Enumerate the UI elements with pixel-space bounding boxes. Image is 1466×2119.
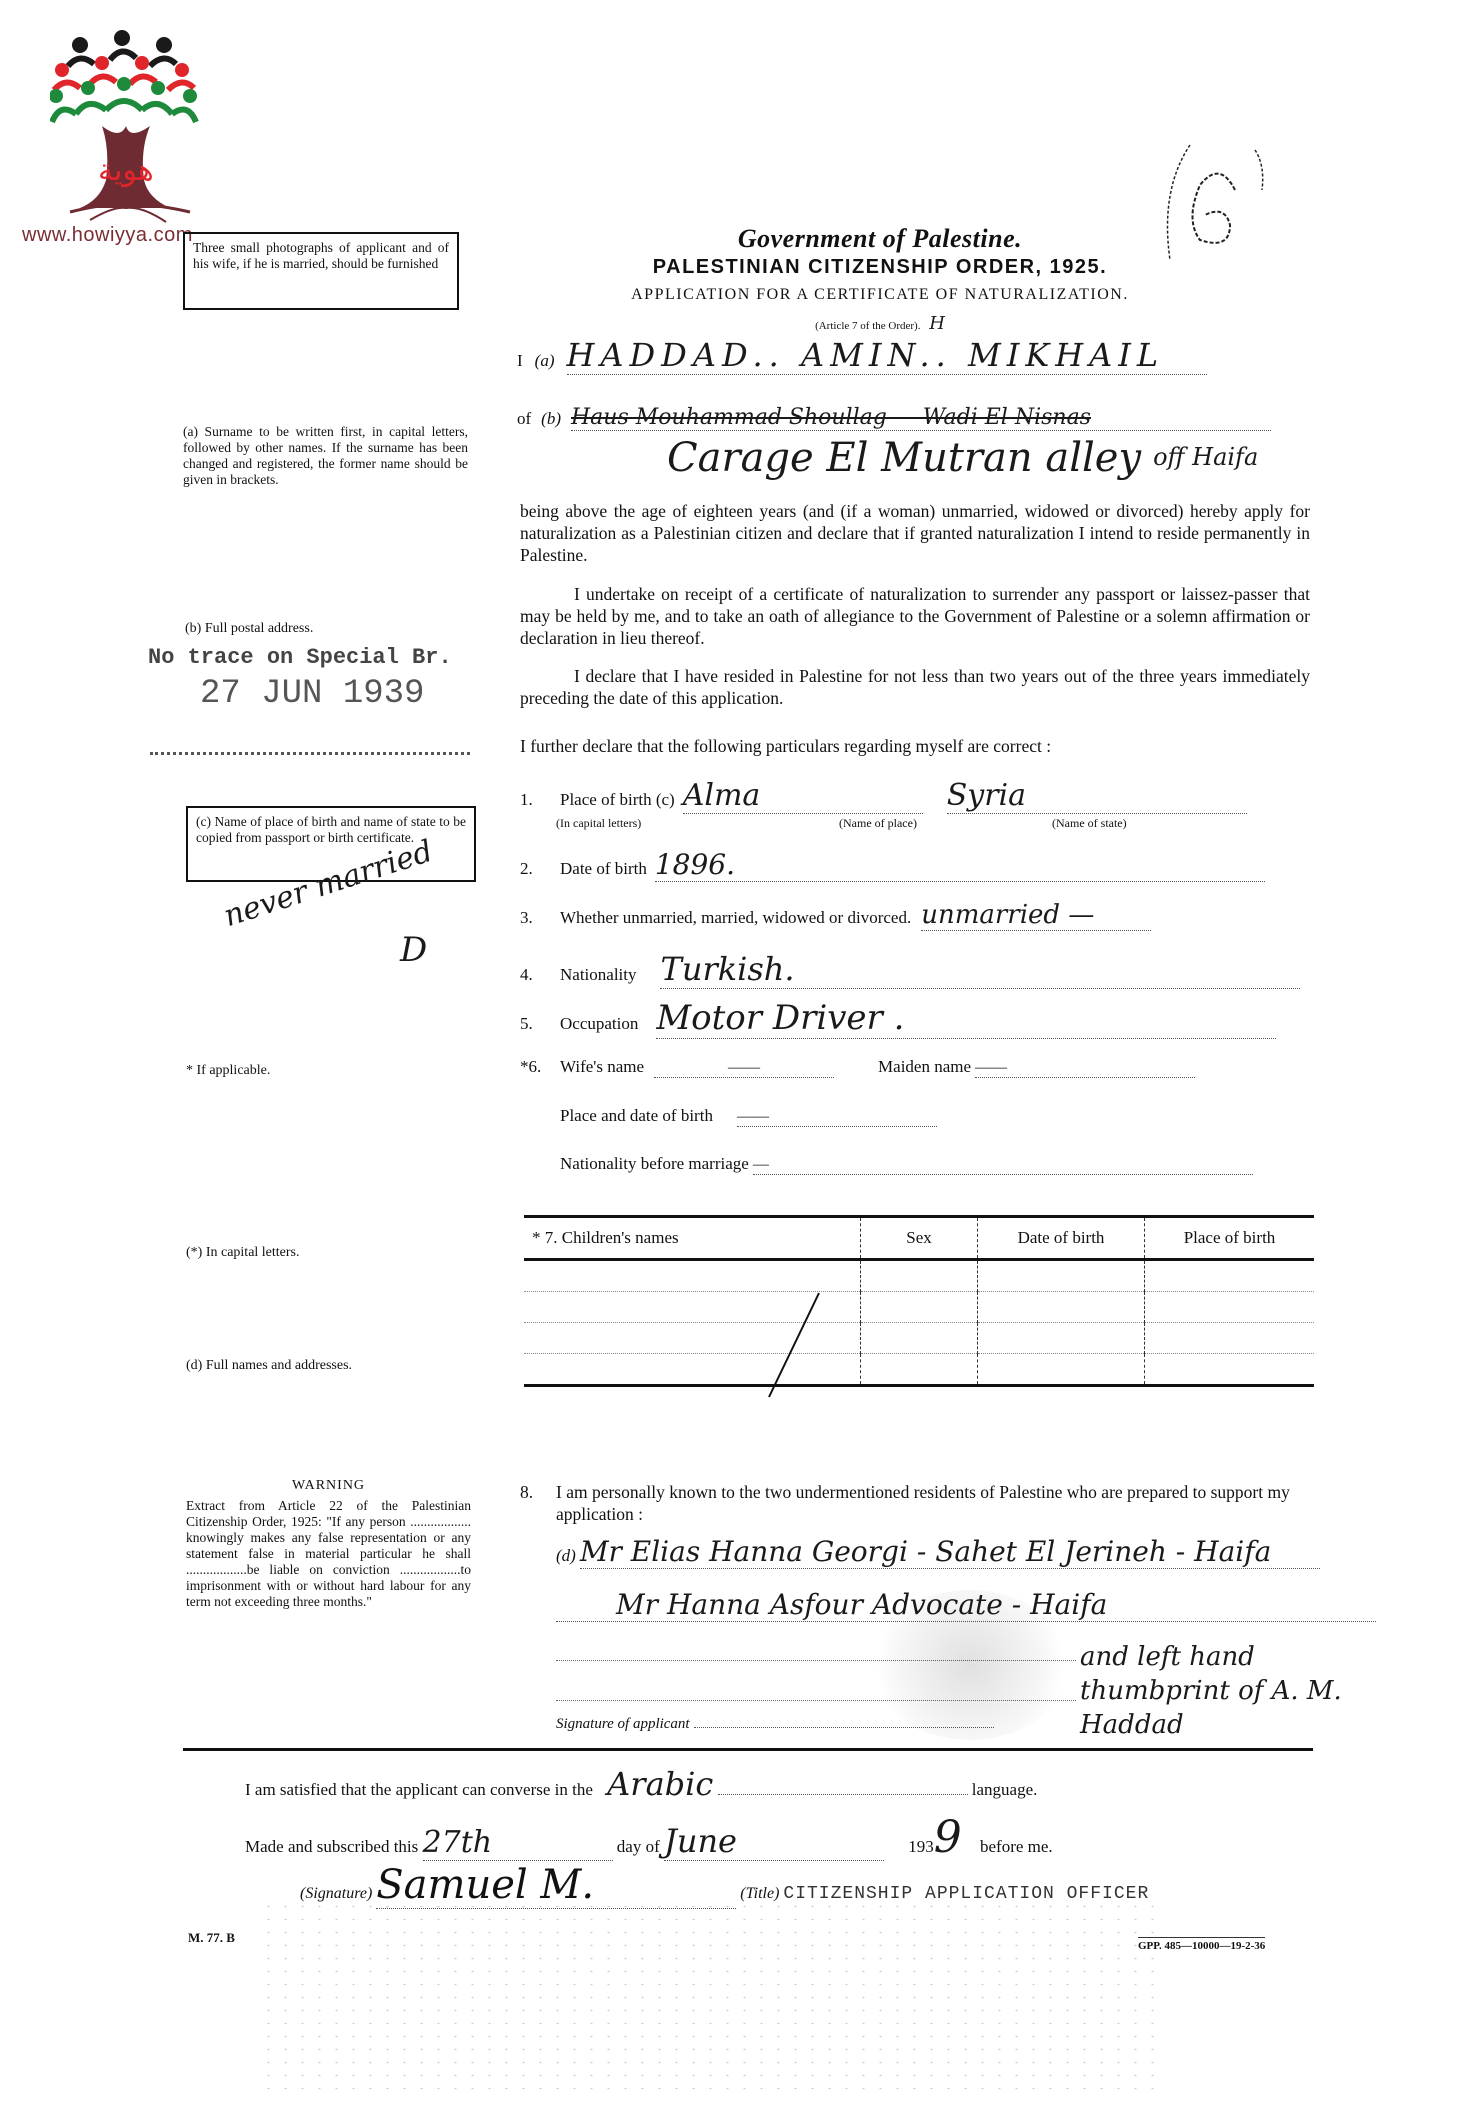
margin-initials: D xyxy=(400,930,427,970)
col-date-of-birth: Date of birth xyxy=(978,1217,1145,1260)
note-d-full-names: (d) Full names and addresses. xyxy=(186,1357,352,1374)
stamp-signature-line xyxy=(150,740,470,755)
warning-block: WARNING Extract from Article 22 of the P… xyxy=(186,1478,471,1610)
certification-date-line: Made and subscribed this 27th day of Jun… xyxy=(245,1812,1315,1863)
language-field[interactable]: Arabic xyxy=(607,1765,713,1803)
birthplace-field[interactable]: Alma xyxy=(683,778,923,814)
form-code: M. 77. B xyxy=(188,1930,235,1946)
certification-language-line: I am satisfied that the applicant can co… xyxy=(245,1765,1315,1803)
paragraph-age-declaration: being above the age of eighteen years (a… xyxy=(520,500,1310,566)
applicant-address-block: of (b) Haus Mouhammad Shoullag — Wadi El… xyxy=(517,405,1337,505)
year-digit-field[interactable]: 9 xyxy=(934,1812,962,1863)
particular-6-wife: *6. Wife's name —— Maiden name —— xyxy=(520,1057,1310,1078)
section-divider xyxy=(183,1748,1313,1751)
nationality-field[interactable]: Turkish. xyxy=(660,950,1300,989)
photo-requirement-note: Three small photographs of applicant and… xyxy=(183,232,459,310)
particular-2-date-of-birth: 2. Date of birth 1896. xyxy=(520,848,1310,882)
note-capital-letters: (*) In capital letters. xyxy=(186,1244,300,1261)
wife-birth-field[interactable]: —— xyxy=(737,1108,937,1127)
strike-through-slash-icon xyxy=(764,1291,824,1401)
svg-text:هوية: هوية xyxy=(98,153,154,188)
col-sex: Sex xyxy=(861,1217,978,1260)
paragraph-particulars-intro: I further declare that the following par… xyxy=(520,735,1310,757)
particular-3-marital-status: 3. Whether unmarried, married, widowed o… xyxy=(520,900,1310,931)
scan-noise xyxy=(260,1900,1160,2100)
table-row xyxy=(524,1354,1314,1386)
wife-nationality-before-marriage: Nationality before marriage — xyxy=(560,1154,1300,1175)
warning-heading: WARNING xyxy=(186,1478,471,1494)
wife-place-date-of-birth: Place and date of birth —— xyxy=(560,1106,1300,1127)
wife-name-field[interactable]: —— xyxy=(654,1059,834,1078)
reference-1-line: (d) Mr Elias Hanna Georgi - Sahet El Jer… xyxy=(556,1535,1356,1569)
application-title: APPLICATION FOR A CERTIFICATE OF NATURAL… xyxy=(500,286,1260,304)
marital-status-field[interactable]: unmarried — xyxy=(921,900,1151,931)
occupation-field[interactable]: Motor Driver . xyxy=(656,998,1276,1039)
special-branch-stamp: No trace on Special Br. xyxy=(148,645,452,670)
address-suffix: off Haifa xyxy=(1153,443,1258,471)
col-place-of-birth: Place of birth xyxy=(1145,1217,1315,1260)
warning-text: Extract from Article 22 of the Palestini… xyxy=(186,1498,471,1610)
applicant-name-field[interactable]: HADDAD.. AMIN.. MIKHAIL xyxy=(567,336,1207,375)
col-children-names: * 7. Children's names xyxy=(524,1217,861,1260)
address-struck-field: Haus Mouhammad Shoullag — Wadi El Nisnas xyxy=(571,405,1271,431)
stamp-date: 27 JUN 1939 xyxy=(200,675,424,713)
table-row xyxy=(524,1260,1314,1292)
order-title: PALESTINIAN CITIZENSHIP ORDER, 1925. xyxy=(500,256,1260,279)
date-of-birth-field[interactable]: 1896. xyxy=(655,848,1265,882)
children-table-section: * 7. Children's names Sex Date of birth … xyxy=(524,1215,1314,1387)
note-b-postal-address: (b) Full postal address. xyxy=(183,620,470,637)
applicant-name-line: I (a) HADDAD.. AMIN.. MIKHAIL xyxy=(517,336,1287,376)
wife-nationality-field[interactable]: — xyxy=(753,1156,1253,1175)
reference-1-field[interactable]: Mr Elias Hanna Georgi - Sahet El Jerineh… xyxy=(580,1535,1320,1569)
particular-4-nationality: 4. Nationality Turkish. xyxy=(520,950,1310,989)
birth-state-field[interactable]: Syria xyxy=(947,778,1247,814)
howiyya-logo: هوية xyxy=(50,30,210,240)
address-field[interactable]: Carage El Mutran alley xyxy=(667,435,1141,481)
particular-5-occupation: 5. Occupation Motor Driver . xyxy=(520,998,1310,1039)
tree-people-icon: هوية xyxy=(50,30,210,230)
note-if-applicable: * If applicable. xyxy=(186,1062,270,1079)
thumbprint-note: and left hand thumbprint of A. M. Haddad xyxy=(1080,1640,1350,1742)
thumbprint-smudge xyxy=(870,1590,1070,1740)
article-reference: (Article 7 of the Order). H xyxy=(500,313,1260,334)
particular-8-references: 8.I am personally known to the two under… xyxy=(520,1481,1310,1525)
watermark-url: www.howiyya.com xyxy=(22,224,193,247)
paragraph-passport-undertaking: I undertake on receipt of a certificate … xyxy=(520,583,1310,649)
maiden-name-field[interactable]: —— xyxy=(975,1059,1195,1078)
government-title: Government of Palestine. xyxy=(500,224,1260,254)
month-field[interactable]: June xyxy=(664,1822,884,1861)
table-row xyxy=(524,1323,1314,1354)
particular-1-place-of-birth: 1. Place of birth (c) Alma Syria (In cap… xyxy=(520,778,1310,831)
table-row xyxy=(524,1292,1314,1323)
children-table: * 7. Children's names Sex Date of birth … xyxy=(524,1215,1314,1387)
paragraph-residence-declaration: I declare that I have resided in Palesti… xyxy=(520,665,1310,709)
day-field[interactable]: 27th xyxy=(423,1825,613,1861)
note-a-surname: (a) Surname to be written first, in capi… xyxy=(183,424,468,488)
header-annotation: H xyxy=(929,313,945,334)
